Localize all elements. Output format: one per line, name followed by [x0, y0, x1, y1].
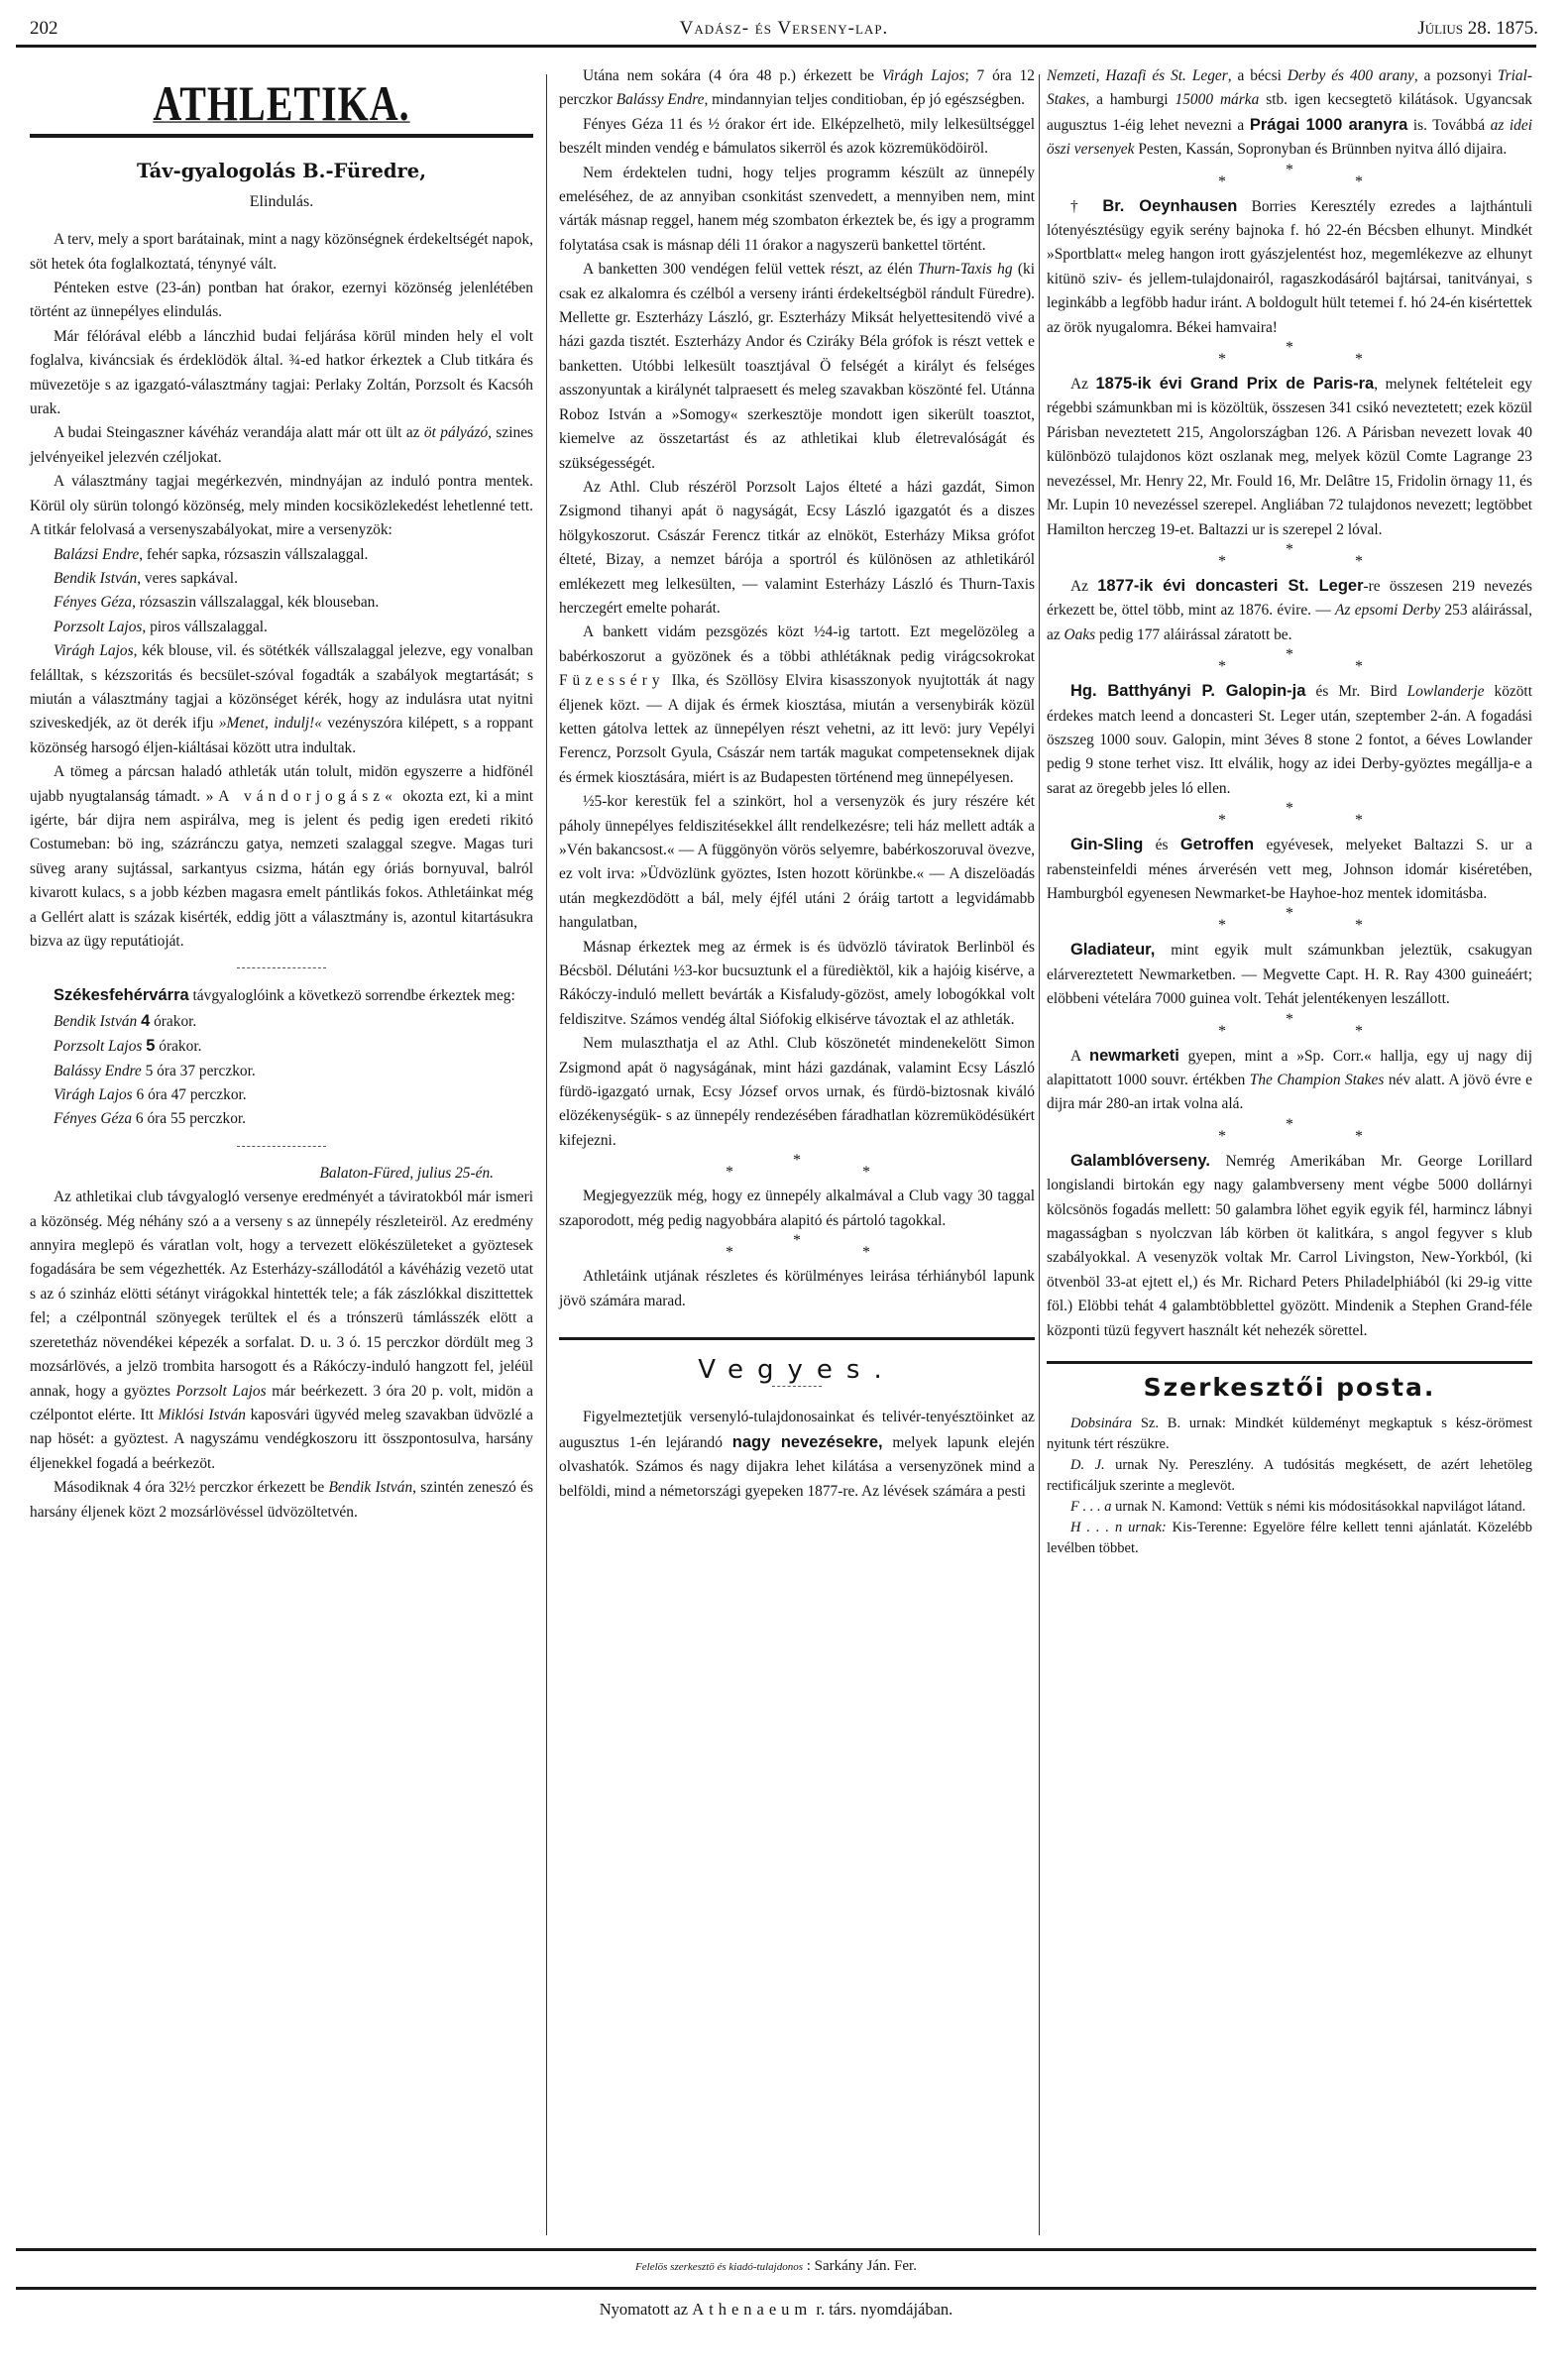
- racer-entry: Porzsolt Lajos, piros vállszalaggal.: [30, 616, 533, 639]
- paragraph: A budai Steingaszner kávéház verandája a…: [30, 421, 533, 470]
- section-title-vegyes: Vegyes.: [559, 1358, 1035, 1382]
- news-item: Gladiateur, mint egyik mult számunkban j…: [1047, 938, 1532, 1011]
- newspaper-page: 202 Vadász- és Verseny-lap. Július 28. 1…: [0, 0, 1568, 2379]
- asterism: ***: [559, 1153, 1035, 1185]
- asterism: ***: [1047, 542, 1532, 574]
- issue-date: Július 28. 1875.: [1417, 18, 1538, 40]
- column-right: Nemzeti, Hazafi és St. Leger, a bécsi De…: [1047, 64, 1532, 1559]
- footer-rule: [16, 2248, 1536, 2251]
- column-divider: [1039, 74, 1040, 2235]
- asterism: ***: [1047, 1012, 1532, 1044]
- imprint-printer: Nyomatott az Athenaeum r. társ. nyomdájá…: [16, 2300, 1536, 2320]
- racer-entry: Balázsi Endre, fehér sapka, rózsaszin vá…: [30, 543, 533, 567]
- column-left: ATHLETIKA. Táv-gyalogolás B.-Füredre, El…: [30, 64, 533, 1525]
- arrival-row: Bendik István 4 órakor.: [30, 1009, 533, 1034]
- asterism: ***: [1047, 801, 1532, 833]
- letter-reply: D. J. urnak Ny. Pereszlény. A tudósitás …: [1047, 1455, 1532, 1497]
- racer-entry: Fényes Géza, rózsaszin vállszalaggal, ké…: [30, 591, 533, 615]
- asterism: ***: [559, 1233, 1035, 1265]
- paragraph: Megjegyezzük még, hogy ez ünnepély alkal…: [559, 1185, 1035, 1233]
- paragraph: Fényes Géza 11 és ½ órakor ért ide. Elké…: [559, 113, 1035, 162]
- column-middle: Utána nem sokára (4 óra 48 p.) érkezett …: [559, 64, 1035, 1504]
- letter-reply: H . . . n urnak: Kis-Terenne: Egyelöre f…: [1047, 1518, 1532, 1559]
- paragraph: A terv, mely a sport barátainak, mint a …: [30, 228, 533, 277]
- paragraph: Utána nem sokára (4 óra 48 p.) érkezett …: [559, 64, 1035, 113]
- section-title-posta: Szerkesztői posta.: [1047, 1376, 1532, 1400]
- asterism: ***: [1047, 647, 1532, 679]
- news-item: Hg. Batthyányi P. Galopin-ja és Mr. Bird…: [1047, 679, 1532, 801]
- arrival-row: Porzsolt Lajos 5 órakor.: [30, 1034, 533, 1059]
- section-rule: [1047, 1361, 1532, 1364]
- title-rule: [30, 134, 533, 138]
- paragraph: A banketten 300 vendégen felül vettek ré…: [559, 258, 1035, 476]
- news-item: † Br. Oeynhausen Borries Keresztély ezre…: [1047, 194, 1532, 340]
- section-title: ATHLETIKA.: [30, 89, 533, 120]
- paragraph: Már félórával elébb a lánczhid budai fel…: [30, 325, 533, 422]
- header-rule: [16, 45, 1536, 48]
- news-item: A newmarketi gyepen, mint a »Sp. Corr.« …: [1047, 1044, 1532, 1117]
- arrival-row: Virágh Lajos 6 óra 47 perczkor.: [30, 1083, 533, 1107]
- imprint-responsible: Felelös szerkesztö és kiadó-tulajdonos :…: [16, 2258, 1536, 2275]
- racer-entry: Virágh Lajos, kék blouse, vil. és sötétk…: [30, 639, 533, 760]
- paragraph: Athletáink utjának részletes és körülmén…: [559, 1265, 1035, 1313]
- paragraph: Másodiknak 4 óra 32½ perczkor érkezett b…: [30, 1476, 533, 1525]
- paragraph: Nemzeti, Hazafi és St. Leger, a bécsi De…: [1047, 64, 1532, 163]
- letter-reply: F . . . a urnak N. Kamond: Vettük s némi…: [1047, 1497, 1532, 1518]
- asterism: ***: [1047, 906, 1532, 938]
- masthead-title: Vadász- és Verseny-lap.: [30, 18, 1538, 40]
- letter-reply: Dobsinára Sz. B. urnak: Mindkét küldemén…: [1047, 1414, 1532, 1455]
- news-item: Galamblóverseny. Nemrég Amerikában Mr. G…: [1047, 1149, 1532, 1343]
- paragraph: A választmány tagjai megérkezvén, mindny…: [30, 470, 533, 542]
- dateline: Balaton-Füred, julius 25-én.: [30, 1162, 533, 1186]
- news-item: Az 1875-ik évi Grand Prix de Paris-ra, m…: [1047, 372, 1532, 542]
- racer-entry: Bendik István, veres sapkával.: [30, 567, 533, 591]
- news-item: Gin-Sling és Getroffen egyévesek, melyek…: [1047, 833, 1532, 906]
- paragraph: A tömeg a párcsan haladó athleták után t…: [30, 760, 533, 954]
- footer-rule: [16, 2287, 1536, 2290]
- section-rule: [559, 1337, 1035, 1340]
- article-title: Táv-gyalogolás B.-Füredre,: [30, 160, 533, 183]
- paragraph: Másnap érkeztek meg az érmek is és üdvöz…: [559, 936, 1035, 1033]
- paragraph: Az Athl. Club részéröl Porzsolt Lajos él…: [559, 476, 1035, 621]
- column-divider: [546, 74, 547, 2235]
- arrival-row: Balássy Endre 5 óra 37 perczkor.: [30, 1060, 533, 1083]
- article-subtitle: Elindulás.: [30, 190, 533, 214]
- paragraph: Nem mulaszthatja el az Athl. Club köszön…: [559, 1032, 1035, 1153]
- separator: [237, 967, 326, 969]
- cross-icon: †: [1070, 198, 1102, 215]
- paragraph: Nem érdektelen tudni, hogy teljes progra…: [559, 162, 1035, 259]
- asterism: ***: [1047, 1117, 1532, 1149]
- paragraph: A bankett vidám pezsgözés közt ½4-ig tar…: [559, 621, 1035, 790]
- asterism: ***: [1047, 340, 1532, 372]
- paragraph: Pénteken estve (23-án) pontban hat órako…: [30, 277, 533, 325]
- paragraph: Székesfehérvárra távgyaloglóink a követk…: [30, 983, 533, 1008]
- asterism: ***: [1047, 163, 1532, 194]
- separator: [772, 1386, 822, 1388]
- paragraph: ½5-kor kerestük fel a szinkört, hol a ve…: [559, 790, 1035, 935]
- news-item: Az 1877-ik évi doncasteri St. Leger-re ö…: [1047, 574, 1532, 647]
- paragraph: Figyelmeztetjük versenyló-tulajdonosaink…: [559, 1406, 1035, 1504]
- paragraph: Az athletikai club távgyalogló versenye …: [30, 1186, 533, 1476]
- arrival-row: Fényes Géza 6 óra 55 perczkor.: [30, 1107, 533, 1131]
- separator: [237, 1146, 326, 1148]
